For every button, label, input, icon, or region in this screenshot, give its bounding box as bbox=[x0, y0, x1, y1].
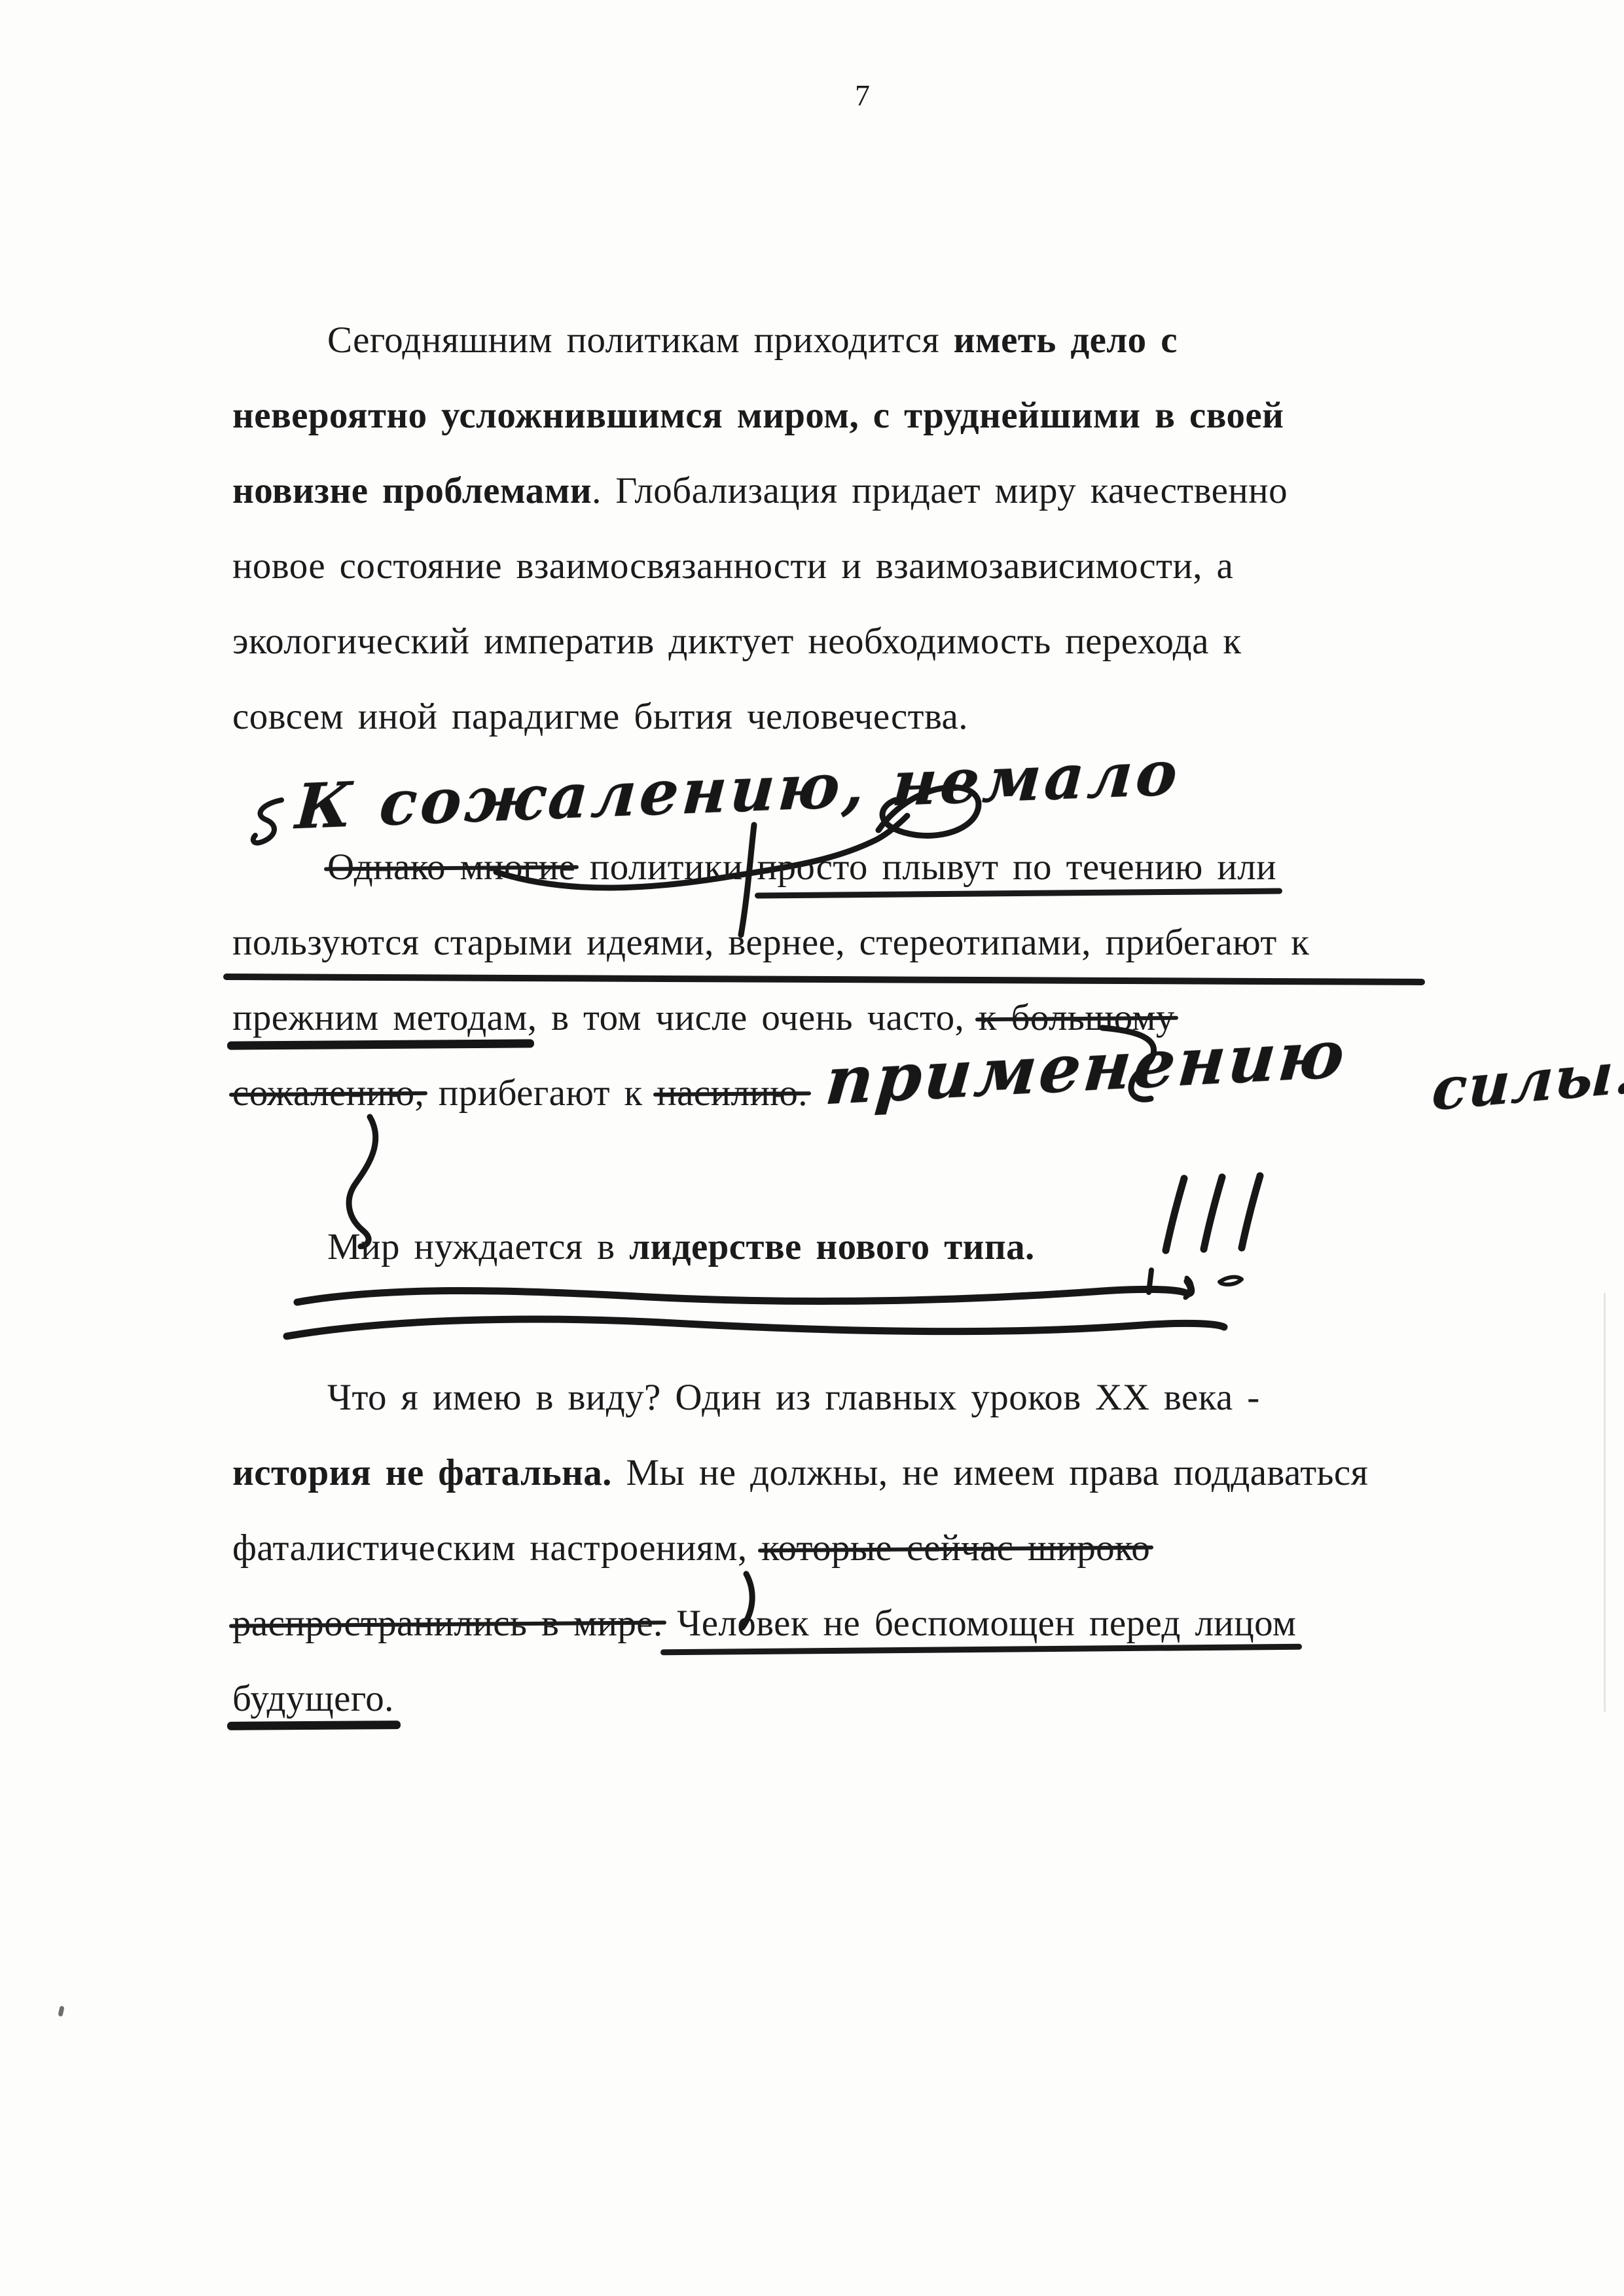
text-line: распространились в мире. Человек не бесп… bbox=[232, 1586, 1420, 1661]
text-line: совсем иной парадигме бытия человечества… bbox=[232, 679, 1420, 754]
text-segment: Мы не должны, не имеем права поддаваться bbox=[612, 1452, 1368, 1493]
struck-text-segment: сожалению, bbox=[232, 1072, 424, 1114]
bold-text-segment: невероятно усложнившимся миром, с трудне… bbox=[232, 395, 1284, 436]
text-line: Однако многие политики просто плывут по … bbox=[232, 829, 1420, 905]
text-segment: фаталистическим настроениям, bbox=[232, 1527, 761, 1569]
text-segment: . Глобализация придает миру качественно bbox=[592, 470, 1288, 511]
text-segment: новое состояние взаимосвязанности и взаи… bbox=[232, 545, 1233, 587]
hand-underlined-text-segment: просто плывут по течению или bbox=[757, 847, 1277, 888]
hand-underlined-text-segment: будущего. bbox=[232, 1678, 394, 1719]
hand-replacement-word: силы. bbox=[1430, 1037, 1624, 1123]
document-page: 7 Сегодняшним политикам приходится иметь… bbox=[0, 0, 1624, 2296]
text-line: история не фатальна. Мы не должны, не им… bbox=[232, 1435, 1420, 1510]
text-line: невероятно усложнившимся миром, с трудне… bbox=[232, 378, 1420, 453]
text-segment: Сегодняшним политикам приходится bbox=[327, 319, 954, 361]
text-line: будущего. bbox=[232, 1661, 1420, 1736]
text-line: экологический императив диктует необходи… bbox=[232, 604, 1420, 679]
text-line: фаталистическим настроениям, которые сей… bbox=[232, 1510, 1420, 1586]
bold-text-segment: лидерстве нового типа. bbox=[629, 1226, 1035, 1267]
struck-text-segment: которые сейчас широко bbox=[761, 1527, 1150, 1569]
text-line: Что я имею в виду? Один из главных уроко… bbox=[232, 1360, 1420, 1435]
hand-double-underline-icon bbox=[281, 1273, 1237, 1345]
text-segment: совсем иной парадигме бытия человечества… bbox=[232, 696, 968, 737]
text-segment: , в том числе очень часто, bbox=[528, 997, 979, 1038]
text-segment: Что я имею в виду? Один из главных уроко… bbox=[327, 1377, 1260, 1418]
paragraph-closing: Что я имею в виду? Один из главных уроко… bbox=[232, 1360, 1420, 1736]
struck-text-segment: насилию. bbox=[657, 1072, 808, 1114]
paragraph-intro: Сегодняшним политикам приходится иметь д… bbox=[232, 302, 1420, 754]
text-segment: политики bbox=[575, 847, 757, 888]
text-segment: Мир нуждается в bbox=[327, 1226, 629, 1267]
page-number: 7 bbox=[855, 76, 870, 115]
text-segment: экологический императив диктует необходи… bbox=[232, 621, 1242, 662]
text-segment: пользуются старыми идеями, вернее, стере… bbox=[232, 922, 1309, 963]
text-line: новизне проблемами. Глобализация придает… bbox=[232, 453, 1420, 528]
struck-text-segment: Однако многие bbox=[327, 847, 575, 888]
scan-speck-artifact bbox=[58, 2005, 64, 2016]
bold-text-segment: иметь дело с bbox=[954, 319, 1178, 361]
text-line-hand-underlined: пользуются старыми идеями, вернее, стере… bbox=[232, 905, 1420, 980]
text-line: Сегодняшним политикам приходится иметь д… bbox=[232, 302, 1420, 378]
hand-comma-mark-icon bbox=[733, 1569, 766, 1634]
scan-edge-artifact bbox=[1604, 1293, 1606, 1712]
struck-text-segment: распространились в мире. bbox=[232, 1603, 663, 1644]
bold-text-segment: история не фатальна. bbox=[232, 1452, 612, 1493]
hand-underlined-text-segment: прежним методам bbox=[232, 997, 528, 1038]
bold-text-segment: новизне проблемами bbox=[232, 470, 592, 511]
text-line: новое состояние взаимосвязанности и взаи… bbox=[232, 528, 1420, 604]
text-segment: прибегают к bbox=[424, 1072, 657, 1114]
